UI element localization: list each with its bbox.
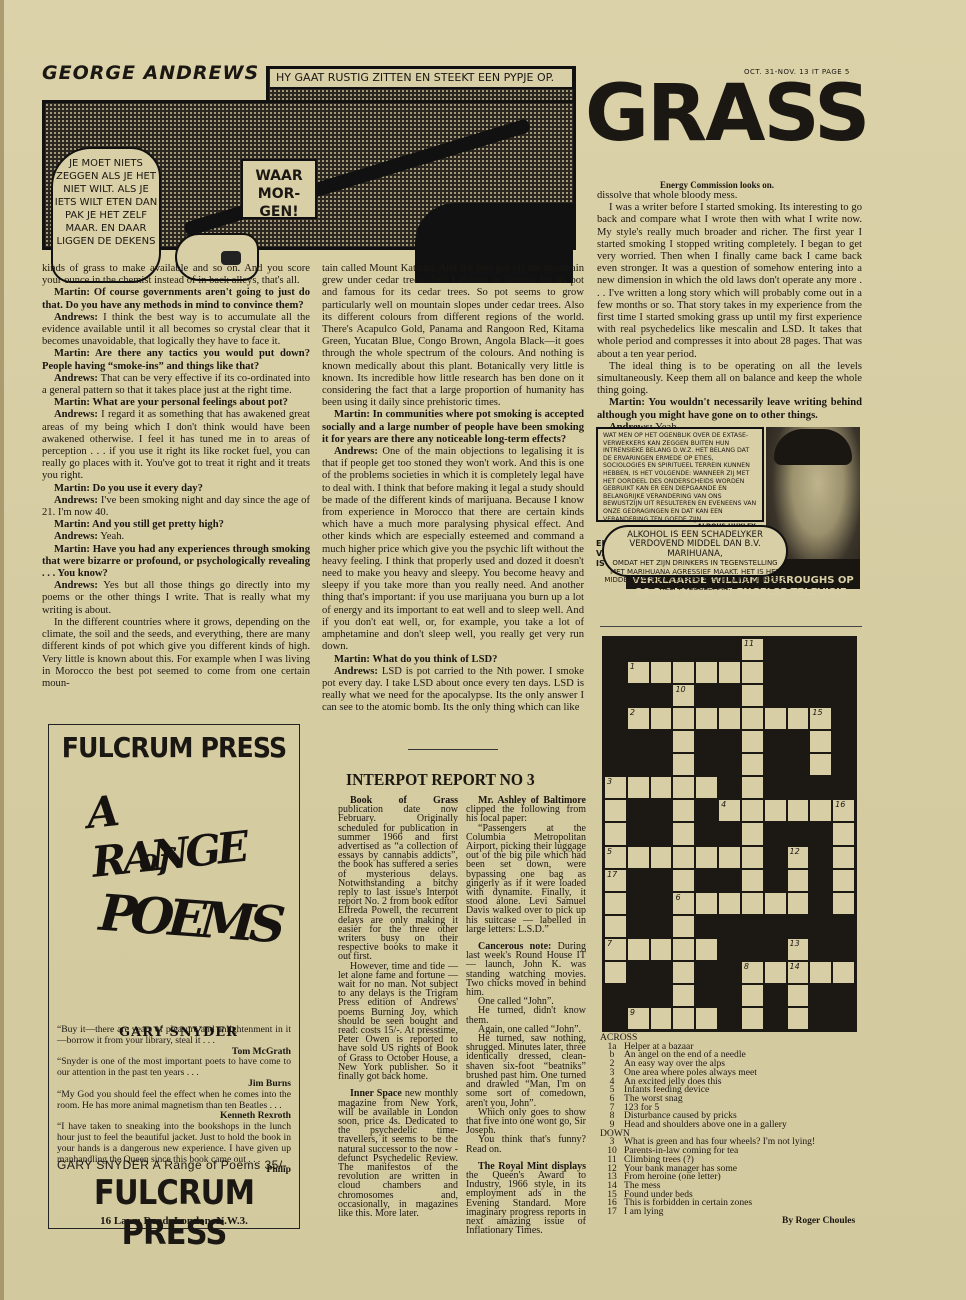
crossword-block xyxy=(650,869,673,892)
article-column-2: tain called Mount Katama. And the best p… xyxy=(322,263,584,715)
news-item: Book of Grass publication date now Febru… xyxy=(338,796,458,962)
newspaper-page: HY GAAT RUSTIG ZITTEN EN STEEKT EEN PYPJ… xyxy=(0,0,966,1300)
crossword-block xyxy=(764,661,787,684)
clue-number: 1 xyxy=(630,662,635,671)
crossword-block xyxy=(832,684,855,707)
crossword-cell[interactable] xyxy=(672,707,695,730)
crossword-block xyxy=(832,915,855,938)
crossword-block xyxy=(627,684,650,707)
crossword-block xyxy=(604,684,627,707)
ad-address: 16 Lawn Road, London, N.W.3. xyxy=(49,1215,299,1227)
quote-main: ALKOHOL IS EEN SCHADELYKER VERDOVEND MID… xyxy=(604,531,786,559)
crossword-cell[interactable] xyxy=(627,846,650,869)
crossword-block xyxy=(718,822,741,845)
crossword-cell[interactable] xyxy=(718,892,741,915)
news-item: The Royal Mint displays the Queen's Awar… xyxy=(466,1162,586,1236)
burroughs-speech-balloon: ALKOHOL IS EEN SCHADELYKER VERDOVEND MID… xyxy=(602,525,788,577)
interpot-column-2: Mr. Ashley of Baltimore clipped the foll… xyxy=(466,796,586,1235)
speaker-label: Martin: xyxy=(334,409,370,420)
interview-question: Martin: Are there any tactics you would … xyxy=(42,348,310,372)
crossword-block xyxy=(764,730,787,753)
interview-answer: Andrews: LSD is pot carried to the Nth p… xyxy=(322,666,584,715)
clue-number: 10 xyxy=(675,685,685,694)
crossword-cell[interactable] xyxy=(650,846,673,869)
crossword-block xyxy=(695,915,718,938)
paragraph: tain called Mount Katama. And the best p… xyxy=(322,263,584,409)
crossword-cell[interactable] xyxy=(832,961,855,984)
crossword-cell[interactable] xyxy=(764,892,787,915)
quote-rest: OMDAT HET ZIJN DRINKERS IN TEGENSTELLING… xyxy=(604,559,786,593)
clue-row: 9Head and shoulders above one in a galle… xyxy=(600,1121,870,1130)
clue-number: 17 xyxy=(607,870,617,879)
crossword-block xyxy=(604,1007,627,1030)
speaker-label: Martin: xyxy=(54,519,90,530)
item-lead: Inner Space xyxy=(350,1088,402,1099)
crossword-cell[interactable] xyxy=(672,753,695,776)
crossword-cell[interactable] xyxy=(741,1007,764,1030)
interview-question: Martin: Of course governments aren't goi… xyxy=(42,287,310,311)
speaker-label: Andrews: xyxy=(334,666,378,677)
crossword-block xyxy=(764,846,787,869)
crossword-block xyxy=(604,753,627,776)
crossword-block xyxy=(787,730,810,753)
crossword-block xyxy=(672,638,695,661)
crossword-block xyxy=(695,638,718,661)
clue-number: 17 xyxy=(600,1208,624,1217)
clue-number: 3 xyxy=(607,777,612,786)
crossword-cell[interactable] xyxy=(672,799,695,822)
crossword-block xyxy=(627,869,650,892)
crossword-cell[interactable]: 16 xyxy=(832,799,855,822)
crossword-cell[interactable] xyxy=(718,846,741,869)
item-lead: Cancerous note: xyxy=(478,941,551,952)
crossword-block xyxy=(809,776,832,799)
crossword-block xyxy=(627,915,650,938)
crossword-cell[interactable] xyxy=(672,661,695,684)
news-item: You think that's funny? Read on. xyxy=(466,1135,586,1153)
crossword-block xyxy=(604,638,627,661)
crossword-cell[interactable] xyxy=(672,869,695,892)
crossword-block xyxy=(809,915,832,938)
crossword-cell[interactable] xyxy=(650,776,673,799)
crossword-cell[interactable]: 8 xyxy=(741,961,764,984)
crossword-block xyxy=(809,638,832,661)
crossword-cell[interactable] xyxy=(832,869,855,892)
crossword-cell[interactable] xyxy=(695,661,718,684)
crossword-cell[interactable] xyxy=(718,707,741,730)
clue-number: 14 xyxy=(790,962,800,971)
news-item: Inner Space new monthly magazine from Ne… xyxy=(338,1089,458,1218)
crossword-block xyxy=(764,638,787,661)
crossword-cell[interactable] xyxy=(787,1007,810,1030)
news-item: Mr. Ashley of Baltimore clipped the foll… xyxy=(466,796,586,824)
speaker-label: Andrews: xyxy=(54,312,98,323)
crossword-cell[interactable] xyxy=(809,753,832,776)
crossword-cell[interactable]: 3 xyxy=(604,776,627,799)
crossword-cell[interactable] xyxy=(672,730,695,753)
crossword-cell[interactable] xyxy=(627,938,650,961)
crossword-block xyxy=(764,753,787,776)
crossword-block xyxy=(718,915,741,938)
interview-question: Martin: And you still get pretty high? xyxy=(42,519,310,531)
clue-number: 9 xyxy=(630,1008,635,1017)
ad-offer: GARY SNYDER A Range of Poems 35/- xyxy=(57,1158,287,1172)
crossword-block xyxy=(809,822,832,845)
crossword-cell[interactable] xyxy=(672,846,695,869)
crossword-block xyxy=(695,984,718,1007)
page-edge xyxy=(0,0,4,1300)
crossword-cell[interactable]: 10 xyxy=(672,684,695,707)
crossword-cell[interactable]: 5 xyxy=(604,846,627,869)
interview-question: Martin: In communities where pot smoking… xyxy=(322,409,584,446)
speaker-label: Andrews: xyxy=(54,531,98,542)
crossword-cell[interactable] xyxy=(672,1007,695,1030)
crossword-block xyxy=(764,776,787,799)
photo-caption: Energy Commission looks on. xyxy=(660,180,774,190)
crossword-block xyxy=(787,822,810,845)
crossword-cell[interactable] xyxy=(718,661,741,684)
interview-answer: Andrews: One of the main objections to l… xyxy=(322,446,584,653)
interview-question: Martin: Do you use it every day? xyxy=(42,483,310,495)
crossword-cell[interactable] xyxy=(741,892,764,915)
crossword-block xyxy=(787,776,810,799)
crossword-block xyxy=(695,961,718,984)
crossword-block xyxy=(627,984,650,1007)
crossword-block xyxy=(718,684,741,707)
crossword-block xyxy=(764,1007,787,1030)
crossword-block xyxy=(832,938,855,961)
speaker-label: Martin: xyxy=(54,397,90,408)
crossword-cell[interactable]: 15 xyxy=(809,707,832,730)
crossword-block xyxy=(650,799,673,822)
crossword-cell[interactable] xyxy=(741,869,764,892)
news-item: Cancerous note: During last week's Round… xyxy=(466,942,586,997)
crossword-cell[interactable] xyxy=(741,822,764,845)
crossword-block xyxy=(695,869,718,892)
crossword-cell[interactable] xyxy=(672,915,695,938)
ad-testimonials: “Buy it—there are years of pleasure and … xyxy=(57,1025,291,1176)
comic-panel: JE MOET NIETS ZEGGEN ALS JE HET NIET WIL… xyxy=(42,100,576,250)
crossword-block xyxy=(809,1007,832,1030)
news-item: However, time and tide — let alone fame … xyxy=(338,962,458,1082)
divider xyxy=(600,626,862,627)
speaker-label: Martin: xyxy=(54,483,90,494)
crossword-block xyxy=(832,753,855,776)
crossword-cell[interactable] xyxy=(741,661,764,684)
clue-number: 11 xyxy=(744,639,754,648)
crossword-block xyxy=(604,984,627,1007)
crossword-cell[interactable]: 1 xyxy=(627,661,650,684)
interview-answer: Andrews: Yeah. xyxy=(42,531,310,543)
crossword-cell[interactable] xyxy=(695,938,718,961)
crossword-cell[interactable]: 12 xyxy=(787,846,810,869)
huxley-quote-box: WAT MEN OP HET OGENBLIK OVER DE EXTASE-V… xyxy=(596,427,764,522)
crossword-cell[interactable] xyxy=(787,707,810,730)
crossword-block xyxy=(832,707,855,730)
crossword-block xyxy=(809,869,832,892)
interview-answer: Andrews: That can be very effective if i… xyxy=(42,373,310,397)
crossword-cell[interactable] xyxy=(832,892,855,915)
crossword-block xyxy=(718,1007,741,1030)
crossword-cell[interactable] xyxy=(604,892,627,915)
art-line-2: of xyxy=(139,843,172,878)
crossword-block xyxy=(650,730,673,753)
art-line-3: POEMS xyxy=(97,883,281,954)
interview-answer: Andrews: I regard it as something that h… xyxy=(42,409,310,482)
crossword-block xyxy=(650,961,673,984)
news-item: He turned, saw nothing, shrugged. Minute… xyxy=(466,1034,586,1108)
section-divider xyxy=(408,749,498,750)
crossword-block xyxy=(627,753,650,776)
interpot-title: INTERPOT REPORT NO 3 xyxy=(346,770,535,790)
crossword-block xyxy=(718,776,741,799)
crossword-cell[interactable] xyxy=(832,822,855,845)
crossword-cell[interactable]: 9 xyxy=(627,1007,650,1030)
crossword-cell[interactable] xyxy=(650,938,673,961)
across-clues: 1aHelper at a bazaarbAn angel on the end… xyxy=(600,1043,870,1130)
paragraph: kinds of grass to make available and so … xyxy=(42,263,310,287)
crossword-cell[interactable] xyxy=(741,776,764,799)
crossword-cell[interactable] xyxy=(764,707,787,730)
crossword-cell[interactable] xyxy=(809,799,832,822)
crossword-cell[interactable] xyxy=(787,869,810,892)
fulcrum-press-ad: FULCRUM PRESS A RANGE of POEMS GARY SNYD… xyxy=(48,724,300,1229)
clue-text: Head and shoulders above one in a galler… xyxy=(624,1121,787,1130)
item-lead: Book of Grass xyxy=(350,795,458,806)
crossword-block xyxy=(787,915,810,938)
crossword-cell[interactable] xyxy=(741,753,764,776)
crossword-cell[interactable] xyxy=(764,799,787,822)
crossword-block xyxy=(627,961,650,984)
crossword-cell[interactable] xyxy=(672,776,695,799)
crossword-block xyxy=(809,684,832,707)
speaker-label: Andrews: xyxy=(54,580,98,591)
crossword-byline: By Roger Choules xyxy=(782,1216,855,1226)
crossword-block xyxy=(718,961,741,984)
crossword-cell[interactable] xyxy=(604,915,627,938)
interview-answer: Andrews: Yes but all those things go dir… xyxy=(42,580,310,617)
crossword-cell[interactable]: 4 xyxy=(718,799,741,822)
crossword-cell[interactable] xyxy=(695,846,718,869)
ad-brand-top: FULCRUM PRESS xyxy=(62,731,287,764)
crossword-block xyxy=(695,753,718,776)
clue-number: 15 xyxy=(812,708,822,717)
crossword-block xyxy=(832,776,855,799)
interview-answer: Andrews: I've been smoking night and day… xyxy=(42,495,310,519)
crossword-block xyxy=(695,730,718,753)
book-cover-art: A RANGE of POEMS GARY SNYDER xyxy=(89,781,239,991)
crossword-block xyxy=(650,684,673,707)
article-column-3: dissolve that whole bloody mess.I was a … xyxy=(597,190,862,434)
crossword-block xyxy=(695,684,718,707)
crossword-cell[interactable] xyxy=(787,892,810,915)
interview-answer: Andrews: I think the best way is to accu… xyxy=(42,312,310,349)
crossword-block xyxy=(832,1007,855,1030)
crossword-cell[interactable] xyxy=(809,730,832,753)
crossword-cell[interactable] xyxy=(604,961,627,984)
crossword-block xyxy=(787,684,810,707)
crossword-block xyxy=(764,869,787,892)
crossword-block xyxy=(718,984,741,1007)
interview-question: Martin: Have you had any experiences thr… xyxy=(42,544,310,581)
crossword-cell[interactable] xyxy=(764,961,787,984)
crossword-cell[interactable] xyxy=(650,707,673,730)
crossword-cell[interactable] xyxy=(787,799,810,822)
news-item: Which only goes to show that five into o… xyxy=(466,1108,586,1136)
crossword-clues: ACROSS 1aHelper at a bazaarbAn angel on … xyxy=(600,1034,870,1217)
crossword-cell[interactable]: 2 xyxy=(627,707,650,730)
crossword-cell[interactable] xyxy=(741,984,764,1007)
speaker-label: Martin: xyxy=(54,287,90,298)
crossword-block xyxy=(764,822,787,845)
clue-number: 13 xyxy=(790,939,800,948)
crossword-cell[interactable] xyxy=(695,892,718,915)
interview-question: Martin: What do you think of LSD? xyxy=(322,654,584,666)
crossword-block xyxy=(650,892,673,915)
crossword-cell[interactable] xyxy=(741,684,764,707)
crossword-block xyxy=(627,822,650,845)
crossword-cell[interactable]: 14 xyxy=(787,961,810,984)
crossword-block xyxy=(809,846,832,869)
clue-number: 8 xyxy=(744,962,749,971)
clue-number: 7 xyxy=(607,939,612,948)
comic-strip: HY GAAT RUSTIG ZITTEN EN STEEKT EEN PYPJ… xyxy=(42,66,576,250)
crossword-cell[interactable] xyxy=(650,1007,673,1030)
author-byline: GEORGE ANDREWS xyxy=(42,62,259,84)
testimonial: “Buy it—there are years of pleasure and … xyxy=(57,1025,291,1047)
crossword-cell[interactable] xyxy=(741,799,764,822)
speaker-label: Andrews: xyxy=(54,373,98,384)
clue-number: 4 xyxy=(721,800,726,809)
crossword-cell[interactable] xyxy=(741,846,764,869)
crossword-cell[interactable] xyxy=(672,822,695,845)
crossword-block xyxy=(604,661,627,684)
clue-number: 16 xyxy=(835,800,845,809)
crossword-cell[interactable] xyxy=(741,707,764,730)
crossword-cell[interactable]: 13 xyxy=(787,938,810,961)
news-item: He turned, didn't know them. xyxy=(466,1006,586,1024)
crossword-cell[interactable] xyxy=(672,938,695,961)
crossword-block xyxy=(627,730,650,753)
photo-hair-shape xyxy=(774,429,852,465)
crossword-block xyxy=(764,684,787,707)
comic-caption: HY GAAT RUSTIG ZITTEN EN STEEKT EEN PYPJ… xyxy=(270,69,574,89)
crossword-block xyxy=(695,822,718,845)
sound-effect-box: WAAR MOR- GEN! xyxy=(241,159,317,219)
crossword-block xyxy=(650,753,673,776)
paragraph: I was a writer before I started smoking.… xyxy=(597,202,862,361)
paragraph: In the different countries where it grow… xyxy=(42,617,310,690)
speaker-label: Martin: xyxy=(54,544,90,555)
testimonial: “Snyder is one of the most important poe… xyxy=(57,1057,291,1079)
crossword-block xyxy=(718,638,741,661)
interview-question: Martin: You wouldn't necessarily leave w… xyxy=(597,397,862,421)
crossword-block xyxy=(604,730,627,753)
crossword-cell[interactable] xyxy=(604,822,627,845)
testimonial: “My God you should feel the effect when … xyxy=(57,1090,291,1112)
speaker-label: Martin: xyxy=(609,397,645,408)
crossword-cell[interactable] xyxy=(627,776,650,799)
ad-brand-bottom: FULCRUM PRESS xyxy=(62,1173,287,1253)
crossword-cell[interactable]: 17 xyxy=(604,869,627,892)
crossword-block xyxy=(764,938,787,961)
crossword-cell[interactable] xyxy=(672,984,695,1007)
crossword-grid: 1111021534165121767138149 xyxy=(602,636,857,1032)
crossword-block xyxy=(650,638,673,661)
crossword-block xyxy=(809,661,832,684)
item-lead: The Royal Mint displays xyxy=(478,1161,586,1172)
paragraph: The ideal thing is to be operating on al… xyxy=(597,361,862,398)
crossword-block xyxy=(832,984,855,1007)
burroughs-comic-panel: WAT MEN OP HET OGENBLIK OVER DE EXTASE-V… xyxy=(596,427,860,587)
crossword-block xyxy=(627,638,650,661)
article-column-1: kinds of grass to make available and so … xyxy=(42,263,310,690)
crossword-block xyxy=(718,753,741,776)
speaker-label: Andrews: xyxy=(334,446,378,457)
crossword-block xyxy=(832,730,855,753)
crossword-block xyxy=(809,984,832,1007)
crossword-block xyxy=(695,799,718,822)
headline: GRASS xyxy=(585,74,868,154)
crossword-cell[interactable] xyxy=(832,846,855,869)
crossword-cell[interactable] xyxy=(695,707,718,730)
crossword-block xyxy=(650,915,673,938)
crossword-cell[interactable]: 11 xyxy=(741,638,764,661)
crossword-block xyxy=(718,730,741,753)
crossword-block xyxy=(809,938,832,961)
crossword-cell[interactable] xyxy=(787,984,810,1007)
interpot-column-1: Book of Grass publication date now Febru… xyxy=(338,796,458,1218)
item-lead: Mr. Ashley of Baltimore xyxy=(478,795,586,806)
crossword-block xyxy=(832,638,855,661)
crossword-block xyxy=(832,661,855,684)
crossword-block xyxy=(809,892,832,915)
huxley-quote-text: WAT MEN OP HET OGENBLIK OVER DE EXTASE-V… xyxy=(603,432,757,523)
clue-number: 6 xyxy=(675,893,680,902)
speaker-label: Martin: xyxy=(334,654,370,665)
crossword-cell[interactable] xyxy=(695,1007,718,1030)
speaker-label: Andrews: xyxy=(54,409,98,420)
crossword-block xyxy=(741,938,764,961)
crossword-block xyxy=(718,938,741,961)
speaker-label: Andrews: xyxy=(54,495,98,506)
crossword-block xyxy=(650,822,673,845)
speaker-label: Martin: xyxy=(54,348,90,359)
crossword-block xyxy=(764,915,787,938)
crossword-cell[interactable] xyxy=(809,961,832,984)
crossword-block xyxy=(650,984,673,1007)
crossword-block xyxy=(627,892,650,915)
crossword-cell[interactable] xyxy=(650,661,673,684)
crossword-cell[interactable] xyxy=(604,799,627,822)
crossword-block xyxy=(787,753,810,776)
down-clues: 3What is green and has four wheels? I'm … xyxy=(600,1138,870,1216)
interview-question: Martin: What are your personal feelings … xyxy=(42,397,310,409)
crossword-block xyxy=(787,638,810,661)
crossword-block xyxy=(787,661,810,684)
crossword-cell[interactable]: 6 xyxy=(672,892,695,915)
paragraph: dissolve that whole bloody mess. xyxy=(597,190,862,202)
crossword-block xyxy=(718,869,741,892)
clue-number: 5 xyxy=(607,847,612,856)
crossword-cell[interactable] xyxy=(741,730,764,753)
crossword-cell[interactable]: 7 xyxy=(604,938,627,961)
crossword-block xyxy=(627,799,650,822)
crossword-cell[interactable] xyxy=(695,776,718,799)
crossword-block xyxy=(764,984,787,1007)
crossword-block xyxy=(741,915,764,938)
crossword-cell[interactable] xyxy=(672,961,695,984)
